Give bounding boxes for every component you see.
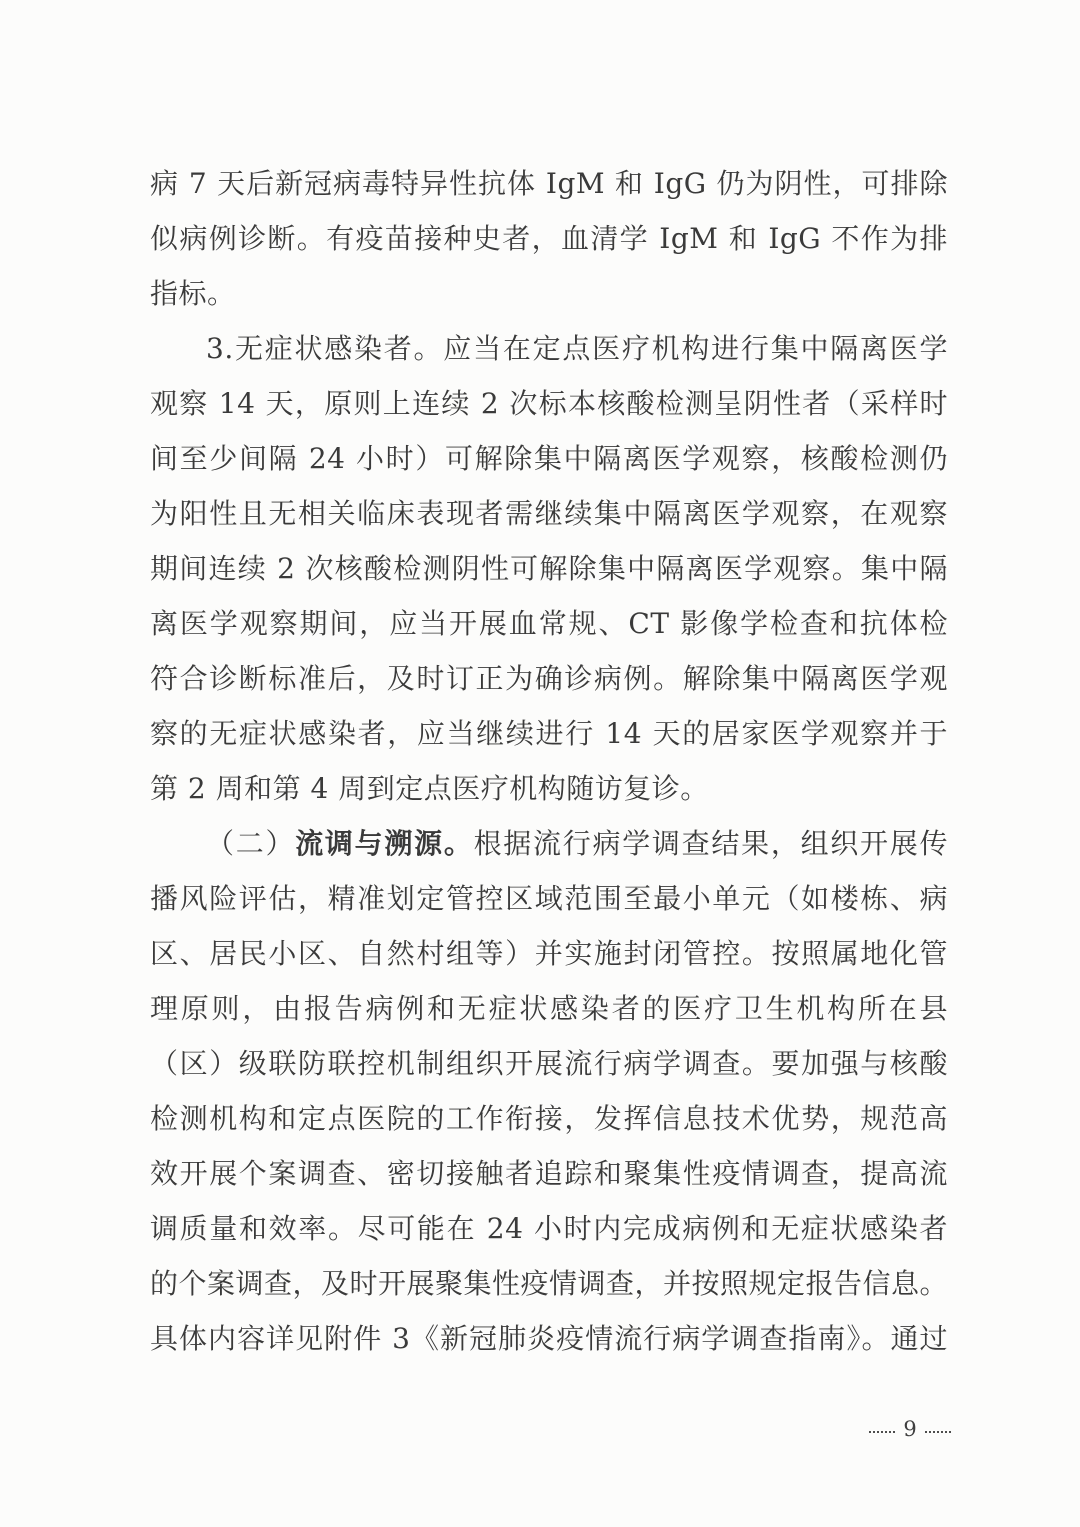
text-line: 3.无症状感染者。应当在定点医疗机构进行集中隔离医学 xyxy=(150,321,948,376)
text-line: 检测机构和定点医院的工作衔接，发挥信息技术优势，规范高 xyxy=(150,1091,948,1146)
paragraph-asymptomatic-cases: 3.无症状感染者。应当在定点医疗机构进行集中隔离医学 观察 14 天，原则上连续… xyxy=(150,321,948,816)
paragraph-epidemiological-investigation: （二）流调与溯源。根据流行病学调查结果，组织开展传 播风险评估，精准划定管控区域… xyxy=(150,816,948,1366)
text-line: 察的无症状感染者，应当继续进行 14 天的居家医学观察并于 xyxy=(150,706,948,761)
page-number: 9 xyxy=(845,1412,975,1446)
text-line: 间至少间隔 24 小时）可解除集中隔离医学观察，核酸检测仍 xyxy=(150,431,948,486)
paragraph-antibody-criteria: 病 7 天后新冠病毒特异性抗体 IgM 和 IgG 仍为阴性，可排除疑 似病例诊… xyxy=(150,156,948,321)
dotted-rule-right xyxy=(925,1431,951,1433)
text-line: 期间连续 2 次核酸检测阴性可解除集中隔离医学观察。集中隔 xyxy=(150,541,948,596)
text-line: 区、居民小区、自然村组等）并实施封闭管控。按照属地化管 xyxy=(150,926,948,981)
text-line: 第 2 周和第 4 周到定点医疗机构随访复诊。 xyxy=(150,761,948,816)
text-line: （二）流调与溯源。根据流行病学调查结果，组织开展传 xyxy=(150,816,948,871)
document-text-body: 病 7 天后新冠病毒特异性抗体 IgM 和 IgG 仍为阴性，可排除疑 似病例诊… xyxy=(150,156,948,1366)
text-segment: 根据流行病学调查结果，组织开展传 xyxy=(474,827,948,860)
text-line: 似病例诊断。有疫苗接种史者，血清学 IgM 和 IgG 不作为排除 xyxy=(150,211,948,266)
text-line: 病 7 天后新冠病毒特异性抗体 IgM 和 IgG 仍为阴性，可排除疑 xyxy=(150,156,948,211)
page-number-value: 9 xyxy=(903,1419,916,1440)
section-number: （二） xyxy=(206,827,295,860)
text-line: 理原则，由报告病例和无症状感染者的医疗卫生机构所在县 xyxy=(150,981,948,1036)
text-line: 播风险评估，精准划定管控区域范围至最小单元（如楼栋、病 xyxy=(150,871,948,926)
document-page: 病 7 天后新冠病毒特异性抗体 IgM 和 IgG 仍为阴性，可排除疑 似病例诊… xyxy=(0,0,1080,1527)
text-line: 效开展个案调查、密切接触者追踪和聚集性疫情调查，提高流 xyxy=(150,1146,948,1201)
text-line: 的个案调查，及时开展聚集性疫情调查，并按照规定报告信息。 xyxy=(150,1256,948,1311)
text-line: 指标。 xyxy=(150,266,948,321)
text-line: 符合诊断标准后，及时订正为确诊病例。解除集中隔离医学观 xyxy=(150,651,948,706)
text-line: 观察 14 天，原则上连续 2 次标本核酸检测呈阴性者（采样时 xyxy=(150,376,948,431)
text-line: 为阳性且无相关临床表现者需继续集中隔离医学观察，在观察 xyxy=(150,486,948,541)
section-heading: 流调与溯源。 xyxy=(295,827,473,860)
text-line: 调质量和效率。尽可能在 24 小时内完成病例和无症状感染者 xyxy=(150,1201,948,1256)
dotted-rule-left xyxy=(869,1431,895,1433)
text-line: （区）级联防联控机制组织开展流行病学调查。要加强与核酸 xyxy=(150,1036,948,1091)
text-line: 离医学观察期间，应当开展血常规、CT 影像学检查和抗体检测； xyxy=(150,596,948,651)
text-line: 具体内容详见附件 3《新冠肺炎疫情流行病学调查指南》。通过 xyxy=(150,1311,948,1366)
